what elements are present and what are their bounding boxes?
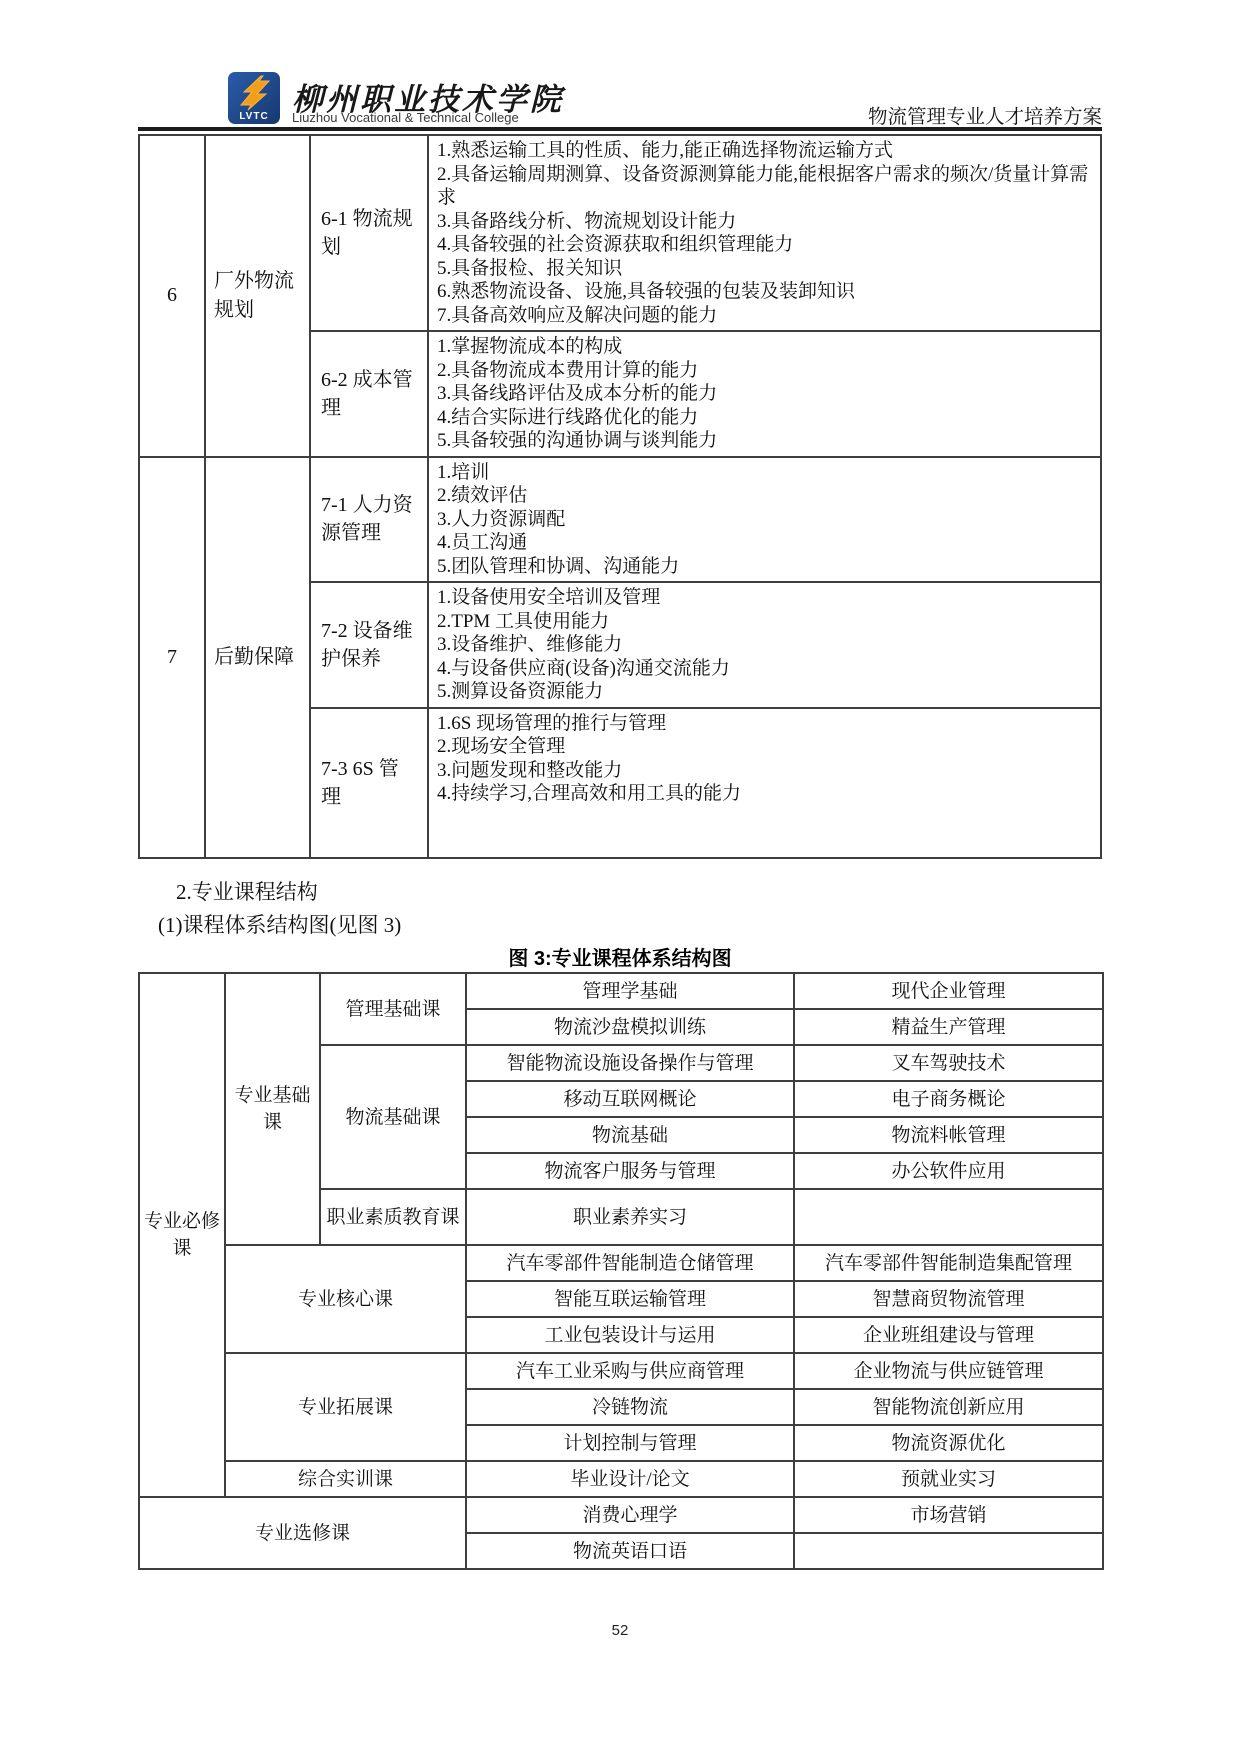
subgroup-cell: 物流基础课: [320, 1045, 466, 1189]
course-cell: 职业素养实习: [466, 1189, 794, 1245]
course-cell-empty: [794, 1189, 1103, 1245]
module-code-cell: 7-2 设备维护保养: [310, 582, 428, 708]
document-page: LVTC 柳州职业技术学院 Liuzhou Vocational & Techn…: [0, 0, 1240, 1754]
basic-group-cell: 专业基础课: [225, 973, 320, 1245]
competency-items-cell: 1.培训 2.绩效评估 3.人力资源调配 4.员工沟通 5.团队管理和协调、沟通…: [428, 457, 1101, 583]
course-cell: 预就业实习: [794, 1461, 1103, 1497]
course-cell: 工业包装设计与运用: [466, 1317, 794, 1353]
competency-item: 3.具备路线分析、物流规划设计能力: [437, 210, 1092, 234]
table-row: 7 后勤保障 7-1 人力资源管理 1.培训 2.绩效评估 3.人力资源调配 4…: [139, 457, 1101, 583]
competency-item: 2.具备物流成本费用计算的能力: [437, 359, 1092, 383]
subgroup-cell: 职业素质教育课: [320, 1189, 466, 1245]
section-heading: 2.专业课程结构: [176, 876, 318, 906]
table-row: 综合实训课 毕业设计/论文 预就业实习: [139, 1461, 1103, 1497]
figure-title: 图 3:专业课程体系结构图: [138, 942, 1102, 971]
competency-item: 1.培训: [437, 461, 1092, 485]
module-code-cell: 7-1 人力资源管理: [310, 457, 428, 583]
area-cell: 厂外物流规划: [205, 135, 310, 457]
required-courses-cell: 专业必修课: [139, 973, 225, 1497]
competency-item: 2.绩效评估: [437, 484, 1092, 508]
page-number: 52: [0, 1622, 1240, 1639]
module-code-cell: 6-2 成本管理: [310, 331, 428, 457]
course-cell: 物流资源优化: [794, 1425, 1103, 1461]
group-cell: 专业核心课: [225, 1245, 466, 1353]
table-row: 专业核心课 汽车零部件智能制造仓储管理 汽车零部件智能制造集配管理: [139, 1245, 1103, 1281]
course-cell-empty: [794, 1533, 1103, 1569]
row-number-cell: 7: [139, 457, 205, 858]
module-code-cell: 6-1 物流规划: [310, 135, 428, 331]
course-cell: 冷链物流: [466, 1389, 794, 1425]
course-cell: 智能物流设施设备操作与管理: [466, 1045, 794, 1081]
course-cell: 管理学基础: [466, 973, 794, 1009]
competency-item: 1.掌握物流成本的构成: [437, 335, 1092, 359]
competency-item: 4.与设备供应商(设备)沟通交流能力: [437, 657, 1092, 681]
course-cell: 物流基础: [466, 1117, 794, 1153]
competency-item: 2.具备运输周期测算、设备资源测算能力能,能根据客户需求的频次/货量计算需求: [437, 163, 1092, 210]
competency-table: 6 厂外物流规划 6-1 物流规划 1.熟悉运输工具的性质、能力,能正确选择物流…: [138, 134, 1102, 859]
competency-item: 2.现场安全管理: [437, 735, 1092, 759]
competency-item: 7.具备高效响应及解决问题的能力: [437, 304, 1092, 328]
competency-item: 3.设备维护、维修能力: [437, 633, 1092, 657]
course-cell: 汽车零部件智能制造集配管理: [794, 1245, 1103, 1281]
course-cell: 计划控制与管理: [466, 1425, 794, 1461]
course-cell: 叉车驾驶技术: [794, 1045, 1103, 1081]
course-cell: 汽车工业采购与供应商管理: [466, 1353, 794, 1389]
course-cell: 精益生产管理: [794, 1009, 1103, 1045]
elective-courses-cell: 专业选修课: [139, 1497, 466, 1569]
competency-items-cell: 1.设备使用安全培训及管理 2.TPM 工具使用能力 3.设备维护、维修能力 4…: [428, 582, 1101, 708]
course-cell: 电子商务概论: [794, 1081, 1103, 1117]
course-cell: 办公软件应用: [794, 1153, 1103, 1189]
header-rule: [138, 127, 1102, 131]
competency-item: 4.结合实际进行线路优化的能力: [437, 406, 1092, 430]
group-cell: 专业拓展课: [225, 1353, 466, 1461]
competency-item: 6.熟悉物流设备、设施,具备较强的包装及装卸知识: [437, 280, 1092, 304]
competency-item: 3.问题发现和整改能力: [437, 759, 1092, 783]
row-number-cell: 6: [139, 135, 205, 457]
course-cell: 智慧商贸物流管理: [794, 1281, 1103, 1317]
competency-item: 5.测算设备资源能力: [437, 680, 1092, 704]
competency-item: 3.人力资源调配: [437, 508, 1092, 532]
module-code-cell: 7-3 6S 管理: [310, 708, 428, 858]
header-doc-title: 物流管理专业人才培养方案: [138, 101, 1102, 129]
competency-item: 2.TPM 工具使用能力: [437, 610, 1092, 634]
competency-items-cell: 1.掌握物流成本的构成 2.具备物流成本费用计算的能力 3.具备线路评估及成本分…: [428, 331, 1101, 457]
course-cell: 物流料帐管理: [794, 1117, 1103, 1153]
course-cell: 企业班组建设与管理: [794, 1317, 1103, 1353]
subgroup-cell: 管理基础课: [320, 973, 466, 1045]
course-structure-table: 专业必修课 专业基础课 管理基础课 管理学基础 现代企业管理 物流沙盘模拟训练 …: [138, 972, 1104, 1570]
table-row: 6 厂外物流规划 6-1 物流规划 1.熟悉运输工具的性质、能力,能正确选择物流…: [139, 135, 1101, 331]
competency-item: 4.持续学习,合理高效和用工具的能力: [437, 782, 1092, 806]
competency-item: 4.具备较强的社会资源获取和组织管理能力: [437, 233, 1092, 257]
course-cell: 物流沙盘模拟训练: [466, 1009, 794, 1045]
course-cell: 市场营销: [794, 1497, 1103, 1533]
course-cell: 物流英语口语: [466, 1533, 794, 1569]
group-cell: 综合实训课: [225, 1461, 466, 1497]
course-cell: 毕业设计/论文: [466, 1461, 794, 1497]
competency-items-cell: 1.熟悉运输工具的性质、能力,能正确选择物流运输方式 2.具备运输周期测算、设备…: [428, 135, 1101, 331]
course-cell: 消费心理学: [466, 1497, 794, 1533]
competency-item: 1.设备使用安全培训及管理: [437, 586, 1092, 610]
course-cell: 现代企业管理: [794, 973, 1103, 1009]
competency-item: 4.员工沟通: [437, 531, 1092, 555]
area-cell: 后勤保障: [205, 457, 310, 858]
competency-item: 1.熟悉运输工具的性质、能力,能正确选择物流运输方式: [437, 139, 1092, 163]
course-cell: 物流客户服务与管理: [466, 1153, 794, 1189]
competency-item: 1.6S 现场管理的推行与管理: [437, 712, 1092, 736]
course-cell: 移动互联网概论: [466, 1081, 794, 1117]
competency-item: 3.具备线路评估及成本分析的能力: [437, 382, 1092, 406]
competency-item: 5.具备较强的沟通协调与谈判能力: [437, 429, 1092, 453]
course-cell: 智能互联运输管理: [466, 1281, 794, 1317]
section-subheading: (1)课程体系结构图(见图 3): [158, 909, 401, 939]
course-cell: 企业物流与供应链管理: [794, 1353, 1103, 1389]
table-row: 专业必修课 专业基础课 管理基础课 管理学基础 现代企业管理: [139, 973, 1103, 1009]
table-row: 专业选修课 消费心理学 市场营销: [139, 1497, 1103, 1533]
course-cell: 智能物流创新应用: [794, 1389, 1103, 1425]
course-cell: 汽车零部件智能制造仓储管理: [466, 1245, 794, 1281]
competency-items-cell: 1.6S 现场管理的推行与管理 2.现场安全管理 3.问题发现和整改能力 4.持…: [428, 708, 1101, 858]
competency-item: 5.团队管理和协调、沟通能力: [437, 555, 1092, 579]
competency-item: 5.具备报检、报关知识: [437, 257, 1092, 281]
table-row: 专业拓展课 汽车工业采购与供应商管理 企业物流与供应链管理: [139, 1353, 1103, 1389]
